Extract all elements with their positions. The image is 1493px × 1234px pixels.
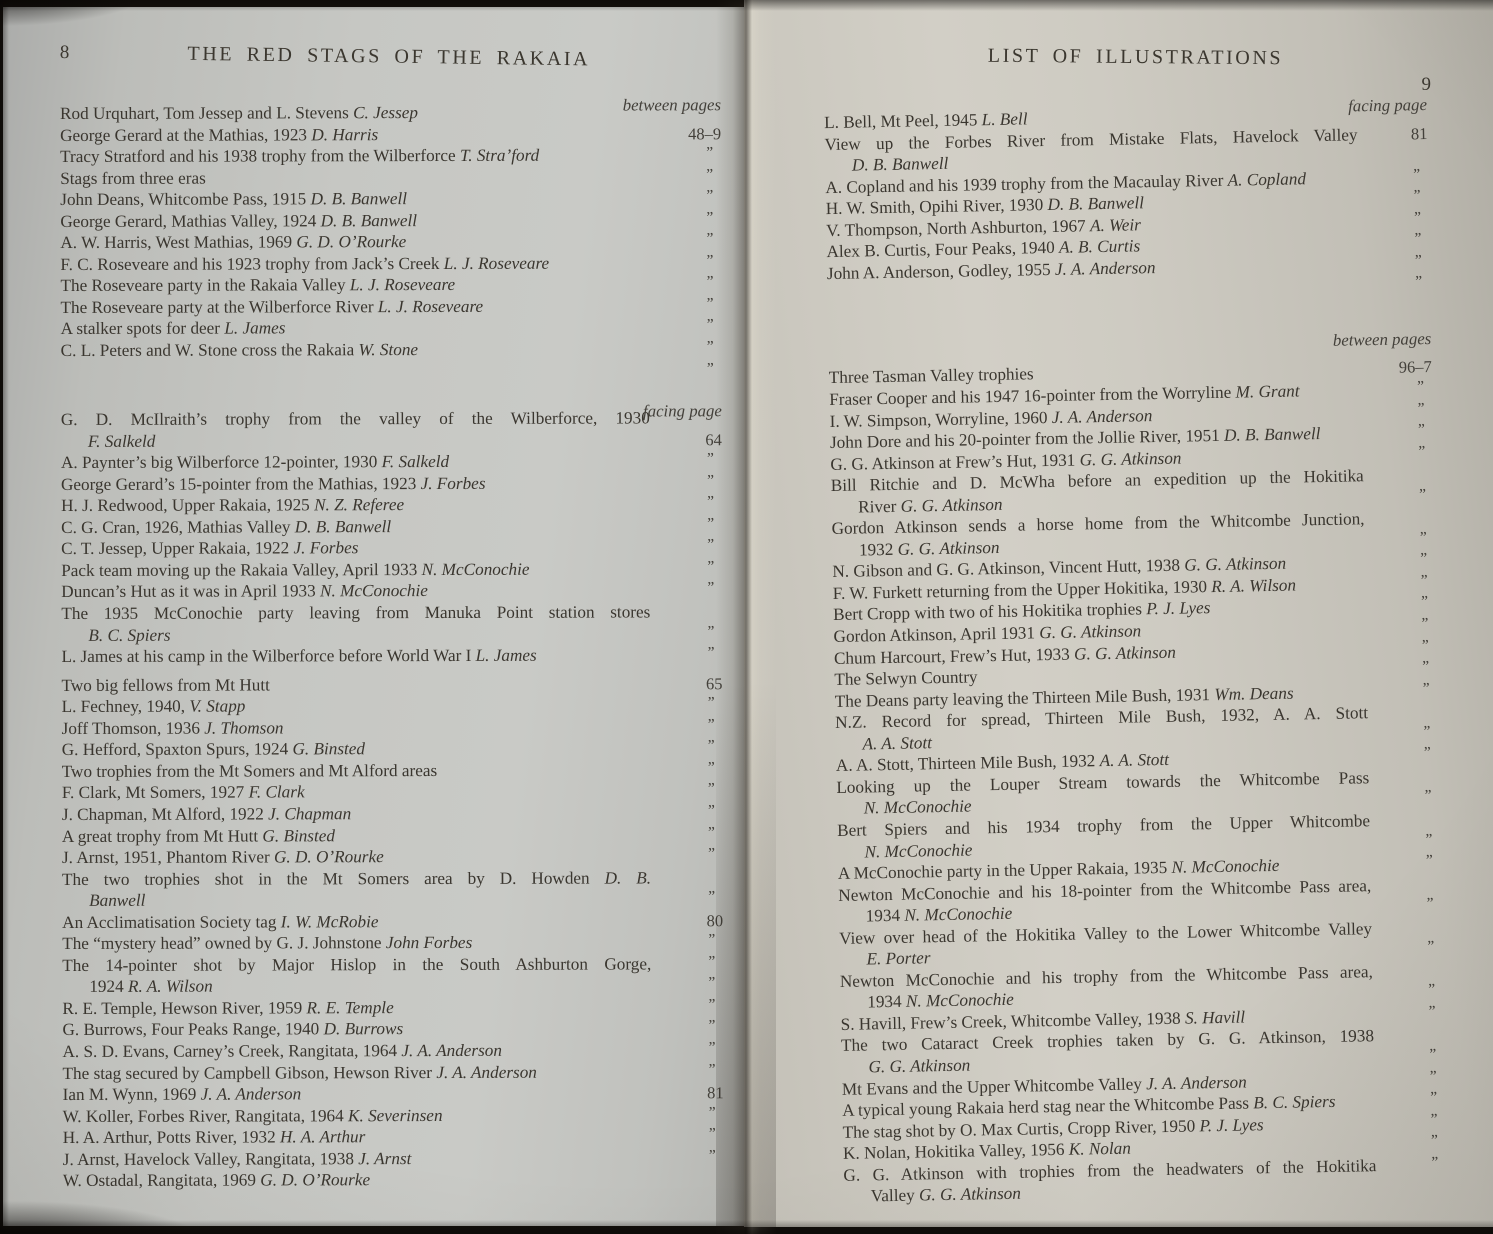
caption-text: The Roseveare party in the Rakaia Valley (60, 276, 349, 296)
ditto-mark: ” (708, 822, 716, 844)
ditto-mark: ” (708, 693, 716, 715)
photographer-credit: L. J. Roseveare (350, 275, 455, 294)
ditto-mark: ” (708, 757, 716, 779)
toc-entry: Pack team moving up the Rakaia Valley, A… (61, 558, 722, 581)
toc-line: C. G. Cran, 1926, Mathias Valley D. B. B… (61, 515, 722, 538)
caption-text: W. Koller, Forbes River, Rangitata, 1964 (63, 1106, 348, 1126)
photographer-credit: A. A. Stott (862, 733, 932, 753)
entry-text: R. E. Temple, Hewson River, 1959 R. E. T… (62, 998, 393, 1018)
photographer-credit: I. W. McRobie (281, 912, 379, 931)
toc-entry: The 14-pointer shot by Major Hislop in t… (62, 953, 723, 998)
photographer-credit: D. B. Banwell (311, 189, 407, 208)
ditto-mark: ” (707, 621, 715, 643)
toc-line: A. W. Harris, West Mathias, 1969 G. D. O… (60, 231, 721, 254)
entry-text: L. James at his camp in the Wilberforce … (61, 646, 536, 666)
caption-text: G. D. McIlraith’s trophy from the valley… (61, 409, 650, 430)
ditto-mark: ” (708, 886, 716, 908)
toc-entry: The 1935 McConochie party leaving from M… (61, 601, 722, 646)
toc-line: ” (61, 360, 722, 383)
caption-text: The two trophies shot in the Mt Somers a… (62, 868, 605, 888)
ditto-mark: ” (708, 843, 716, 865)
toc-line: Rod Urquhart, Tom Jessep and L. Stevens … (60, 101, 721, 124)
toc-entry: A. W. Harris, West Mathias, 1969 G. D. O… (60, 231, 721, 254)
ditto-mark: ” (1421, 592, 1429, 614)
photographer-credit: J. A. Anderson (1146, 1072, 1247, 1093)
ditto-mark: ” (1414, 207, 1422, 229)
photographer-credit: R. E. Temple (306, 998, 393, 1017)
photographer-credit: Wm. Deans (1214, 683, 1294, 703)
toc-group: between pagesThree Tasman Valley trophie… (828, 335, 1447, 1208)
book-photo: 8 THE RED STAGS OF THE RAKAIA Rod Urquha… (0, 0, 1493, 1234)
photographer-credit: F. Clark (249, 783, 305, 802)
toc-line: The Roseveare party in the Rakaia Valley… (60, 274, 721, 297)
photographer-credit: A. Copland (1228, 169, 1307, 189)
photographer-credit: B. C. Spiers (88, 625, 170, 644)
photographer-credit: John Forbes (386, 933, 472, 952)
caption-text: Valley (871, 1186, 920, 1206)
caption-text: 1934 (867, 992, 906, 1012)
toc-entry: G. D. McIlraith’s trophy from the valley… (61, 407, 722, 452)
page-ref: 96–7 (1399, 356, 1432, 378)
entry-text: 1934 N. McConochie (866, 904, 1013, 926)
toc-entry: A. S. D. Evans, Carney’s Creek, Rangitat… (62, 1039, 723, 1062)
entry-text: A. W. Harris, West Mathias, 1969 G. D. O… (60, 232, 406, 252)
entry-text: A. S. D. Evans, Carney’s Creek, Rangitat… (62, 1041, 502, 1061)
photographer-credit: D. B. Banwell (1047, 193, 1144, 214)
photographer-credit: N. McConochie (904, 904, 1012, 925)
toc-line: J. Arnst, Havelock Valley, Rangitata, 19… (63, 1147, 724, 1170)
ditto-mark: ” (1425, 829, 1433, 851)
photographer-credit: J. A. Anderson (436, 1062, 537, 1081)
entry-text: George Gerard’s 15-pointer from the Math… (61, 474, 486, 494)
entry-text: River G. G. Atkinson (858, 495, 1003, 517)
toc-entry: W. Ostadal, Rangitata, 1969 G. D. O’Rour… (63, 1169, 724, 1192)
toc-line: C. L. Peters and W. Stone cross the Raka… (61, 338, 722, 361)
photographer-credit: G. G. Atkinson (919, 1184, 1021, 1205)
toc-line: An Acclimatisation Society tag I. W. McR… (62, 910, 723, 933)
entry-text: Banwell (89, 891, 145, 910)
ditto-mark: ” (706, 207, 714, 229)
left-page-header: 8 THE RED STAGS OF THE RAKAIA (60, 41, 718, 73)
entry-text: John Deans, Whitcombe Pass, 1915 D. B. B… (60, 189, 407, 209)
toc-line: A great trophy from Mt Hutt G. Binsted” (62, 824, 723, 847)
caption-text: H. A. Arthur, Potts River, 1932 (63, 1128, 280, 1148)
toc-entry: H. A. Arthur, Potts River, 1932 H. A. Ar… (63, 1125, 724, 1148)
ditto-mark: ” (1430, 1087, 1438, 1109)
photographer-credit: L. J. Roseveare (378, 297, 483, 316)
page-ref: 81 (1411, 123, 1428, 145)
caption-text: An Acclimatisation Society tag (62, 912, 281, 932)
toc-line: Two trophies from the Mt Somers and Mt A… (62, 759, 723, 782)
toc-entry: F. C. Roseveare and his 1923 trophy from… (60, 252, 721, 275)
toc-line: F. C. Roseveare and his 1923 trophy from… (60, 252, 721, 275)
toc-entry: Ian M. Wynn, 1969 J. A. Anderson81 (63, 1082, 724, 1105)
photographer-credit: D. B. Banwell (295, 517, 391, 536)
toc-line: Tracy Stratford and his 1938 trophy from… (60, 144, 721, 167)
ditto-mark: ” (707, 578, 715, 600)
ditto-mark: ” (1421, 570, 1429, 592)
entry-text: A. A. Stott (862, 733, 932, 753)
entry-text: The two trophies shot in the Mt Somers a… (62, 868, 651, 889)
entry-text: 1932 G. G. Atkinson (859, 538, 1000, 560)
toc-entry: ” (61, 360, 722, 383)
photographer-credit: K. Severinsen (348, 1106, 443, 1125)
ditto-mark: ” (707, 470, 715, 492)
entry-text: Two trophies from the Mt Somers and Mt A… (62, 761, 437, 781)
toc-entry: Stags from three eras” (60, 166, 721, 189)
toc-line: J. Chapman, Mt Alford, 1922 J. Chapman” (62, 802, 723, 825)
photographer-credit: N. McConochie (906, 990, 1014, 1011)
ditto-mark: ” (1430, 1066, 1438, 1088)
ditto-mark: ” (708, 930, 716, 952)
right-page-rows: L. Bell, Mt Peel, 1945 L. Bellfacing pag… (824, 101, 1447, 1208)
facing-page-label: facing page (643, 400, 722, 422)
toc-entry: George Gerard at the Mathias, 1923 D. Ha… (60, 123, 721, 146)
left-page-number: 8 (60, 42, 70, 64)
caption-text: George Gerard at the Mathias, 1923 (60, 125, 311, 145)
photographer-credit: J. A. Anderson (401, 1041, 502, 1060)
ditto-mark: ” (709, 1016, 717, 1038)
ditto-mark: ” (707, 272, 715, 294)
ditto-mark: ” (1427, 936, 1435, 958)
toc-line: 1924 R. A. Wilson” (62, 975, 723, 998)
ditto-mark: ” (709, 1123, 717, 1145)
toc-entry: G. Hefford, Spaxton Spurs, 1924 G. Binst… (62, 738, 723, 761)
photographer-credit: Banwell (89, 891, 145, 910)
entry-text: Pack team moving up the Rakaia Valley, A… (61, 560, 529, 580)
entry-text: N. McConochie (864, 797, 972, 818)
entry-text: G. D. McIlraith’s trophy from the valley… (61, 409, 650, 430)
entry-text: C. L. Peters and W. Stone cross the Raka… (61, 340, 418, 360)
ditto-mark: ” (708, 800, 716, 822)
ditto-mark: ” (708, 714, 716, 736)
toc-line: C. T. Jessep, Upper Rakaia, 1922 J. Forb… (61, 537, 722, 560)
photographer-credit: D. B. Banwell (1224, 424, 1321, 445)
ditto-mark: ” (1421, 613, 1429, 635)
entry-text: A. Paynter’s big Wilberforce 12-pointer,… (61, 452, 449, 472)
entry-text: A stalker spots for deer L. James (61, 319, 286, 339)
caption-text: Rod Urquhart, Tom Jessep and L. Stevens (60, 103, 353, 123)
caption-text: Two big fellows from Mt Hutt (61, 675, 269, 695)
ditto-mark: ” (1430, 1109, 1438, 1131)
between-pages-label: between pages (623, 94, 721, 116)
photographer-credit: G. G. Atkinson (1039, 621, 1141, 642)
photographer-credit: B. C. Spiers (1253, 1092, 1335, 1113)
ditto-mark: ” (706, 185, 714, 207)
left-page-rows: Rod Urquhart, Tom Jessep and L. Stevens … (60, 101, 724, 1192)
ditto-mark: ” (1423, 721, 1431, 743)
caption-text: The stag secured by Campbell Gibson, Hew… (63, 1063, 437, 1083)
photographer-credit: G. G. Atkinson (868, 1056, 970, 1077)
ditto-mark: ” (1425, 785, 1433, 807)
toc-line: A. Paynter’s big Wilberforce 12-pointer,… (61, 450, 722, 473)
right-page: LIST OF ILLUSTRATIONS 9 L. Bell, Mt Peel… (744, 0, 1493, 1227)
photographer-credit: J. Forbes (421, 474, 486, 493)
toc-line: Joff Thomson, 1936 J. Thomson” (62, 716, 723, 739)
ditto-mark: ” (706, 229, 714, 251)
toc-entry: C. T. Jessep, Upper Rakaia, 1922 J. Forb… (61, 537, 722, 560)
photographer-credit: J. A. Anderson (1055, 258, 1156, 279)
photographer-credit: N. Z. Referee (314, 495, 404, 514)
caption-text: H. J. Redwood, Upper Rakaia, 1925 (61, 496, 314, 516)
caption-text: A. S. D. Evans, Carney’s Creek, Rangitat… (62, 1041, 401, 1061)
ditto-mark: ” (707, 535, 715, 557)
entry-text: J. Chapman, Mt Alford, 1922 J. Chapman (62, 804, 351, 824)
photographer-credit: S. Havill (1185, 1007, 1245, 1027)
toc-line: Pack team moving up the Rakaia Valley, A… (61, 558, 722, 581)
entry-text: Ian M. Wynn, 1969 J. A. Anderson (63, 1084, 302, 1104)
toc-line: George Gerard, Mathias Valley, 1924 D. B… (60, 209, 721, 232)
photographer-credit: M. Grant (1235, 381, 1299, 401)
photographer-credit: J. Chapman (268, 804, 351, 823)
ditto-mark: ” (708, 951, 716, 973)
caption-text: C. L. Peters and W. Stone cross the Raka… (61, 340, 359, 360)
caption-text: C. T. Jessep, Upper Rakaia, 1922 (61, 539, 293, 559)
toc-line: George Gerard’s 15-pointer from the Math… (61, 472, 722, 495)
photographer-credit: G. G. Atkinson (1074, 642, 1176, 663)
toc-entry: George Gerard’s 15-pointer from the Math… (61, 472, 722, 495)
toc-entry: R. E. Temple, Hewson River, 1959 R. E. T… (62, 996, 723, 1019)
ditto-mark: ” (709, 1102, 717, 1124)
ditto-mark: ” (1417, 398, 1425, 420)
toc-entry: George Gerard, Mathias Valley, 1924 D. B… (60, 209, 721, 232)
ditto-mark: ” (1431, 1152, 1439, 1174)
caption-text: I. W. Simpson, Worryline, 1960 (829, 408, 1052, 431)
toc-line: The two trophies shot in the Mt Somers a… (62, 867, 723, 890)
entry-text: F. C. Roseveare and his 1923 trophy from… (60, 254, 549, 274)
caption-text: The 14-pointer shot by Major Hislop in t… (62, 954, 651, 975)
ditto-mark: ” (1429, 1044, 1437, 1066)
toc-entry: Two trophies from the Mt Somers and Mt A… (62, 759, 723, 782)
toc-line: L. James at his camp in the Wilberforce … (61, 644, 722, 667)
toc-entry: C. G. Cran, 1926, Mathias Valley D. B. B… (61, 515, 722, 538)
ditto-mark: ” (707, 492, 715, 514)
entry-text: The stag secured by Campbell Gibson, Hew… (63, 1062, 537, 1082)
ditto-mark: ” (1414, 185, 1422, 207)
ditto-mark: ” (707, 448, 715, 470)
photographer-credit: G. Binsted (262, 826, 335, 845)
caption-text: The 1935 McConochie party leaving from M… (61, 602, 650, 623)
caption-text: Three Tasman Valley trophies (829, 365, 1034, 388)
caption-text: L. Bell, Mt Peel, 1945 (824, 110, 982, 132)
toc-entry: An Acclimatisation Society tag I. W. McR… (62, 910, 723, 933)
ditto-mark: ” (1423, 678, 1431, 700)
toc-entry: Duncan’s Hut as it was in April 1933 N. … (61, 580, 722, 603)
caption-text: G. Hefford, Spaxton Spurs, 1924 (62, 740, 293, 760)
entry-text: The 14-pointer shot by Major Hislop in t… (62, 954, 651, 975)
caption-text: 1924 (89, 977, 128, 996)
toc-entry: J. Arnst, Havelock Valley, Rangitata, 19… (63, 1147, 724, 1170)
toc-line: The stag secured by Campbell Gibson, Hew… (63, 1061, 724, 1084)
entry-text: G. Hefford, Spaxton Spurs, 1924 G. Binst… (62, 740, 365, 760)
photographer-credit: N. McConochie (1171, 856, 1279, 877)
toc-line: G. D. McIlraith’s trophy from the valley… (61, 407, 722, 430)
caption-text: George Gerard’s 15-pointer from the Math… (61, 474, 421, 494)
left-page: 8 THE RED STAGS OF THE RAKAIA Rod Urquha… (3, 7, 744, 1226)
toc-line: Stags from three eras” (60, 166, 721, 189)
photographer-credit: T. Stra’ford (460, 146, 539, 165)
caption-text: The Roseveare party at the Wilberforce R… (61, 297, 378, 317)
photographer-credit: J. A. Anderson (1052, 406, 1153, 427)
photographer-credit: H. A. Arthur (280, 1127, 365, 1146)
caption-text: H. W. Smith, Opihi River, 1930 (826, 195, 1048, 218)
entry-text: C. T. Jessep, Upper Rakaia, 1922 J. Forb… (61, 539, 358, 559)
ditto-mark: ” (1413, 164, 1421, 186)
caption-text: F. Clark, Mt Somers, 1927 (62, 783, 249, 802)
entry-text: 1934 N. McConochie (867, 990, 1014, 1012)
photographer-credit: F. Salkeld (382, 452, 450, 471)
photographer-credit: G. D. O’Rourke (296, 232, 406, 251)
toc-line: A stalker spots for deer L. James” (61, 317, 722, 340)
ditto-mark: ” (708, 994, 716, 1016)
photographer-credit: G. G. Atkinson (1079, 448, 1181, 469)
toc-entry: J. Arnst, 1951, Phantom River G. D. O’Ro… (62, 845, 723, 868)
photographer-credit: W. Stone (358, 340, 418, 359)
caption-text: G. G. Atkinson at Frew’s Hut, 1931 (830, 450, 1080, 474)
entry-text: Joff Thomson, 1936 J. Thomson (62, 718, 284, 738)
ditto-mark: ” (1415, 272, 1423, 294)
photographer-credit: J. A. Anderson (201, 1084, 302, 1103)
toc-line: L. Fechney, 1940, V. Stapp” (62, 694, 723, 717)
toc-entry: Two big fellows from Mt Hutt65 (61, 673, 722, 696)
entry-text: H. J. Redwood, Upper Rakaia, 1925 N. Z. … (61, 495, 404, 515)
caption-text: F. C. Roseveare and his 1923 trophy from… (60, 254, 443, 274)
toc-entry: Tracy Stratford and his 1938 trophy from… (60, 144, 721, 167)
entry-text: Rod Urquhart, Tom Jessep and L. Stevens … (60, 103, 418, 123)
ditto-mark: ” (707, 513, 715, 535)
toc-entry: G. Burrows, Four Peaks Range, 1940 D. Bu… (62, 1018, 723, 1041)
toc-line: A. S. D. Evans, Carney’s Creek, Rangitat… (62, 1039, 723, 1062)
photographer-credit: G. Binsted (292, 740, 365, 759)
toc-line: The “mystery head” owned by G. J. Johnst… (62, 932, 723, 955)
left-running-title: THE RED STAGS OF THE RAKAIA (60, 41, 718, 73)
ditto-mark: ” (706, 142, 714, 164)
toc-entry: W. Koller, Forbes River, Rangitata, 1964… (63, 1104, 724, 1127)
ditto-mark: ” (708, 736, 716, 758)
photographer-credit: J. Thomson (204, 718, 283, 737)
ditto-mark: ” (708, 779, 716, 801)
ditto-mark: ” (1415, 250, 1423, 272)
caption-text: L. James at his camp in the Wilberforce … (61, 646, 475, 666)
caption-text: W. Ostadal, Rangitata, 1969 (63, 1171, 261, 1191)
entry-text: Stags from three eras (60, 168, 206, 187)
entry-text: J. Arnst, Havelock Valley, Rangitata, 19… (63, 1149, 412, 1169)
entry-text: A great trophy from Mt Hutt G. Binsted (62, 826, 335, 846)
toc-entry: F. Clark, Mt Somers, 1927 F. Clark” (62, 781, 723, 804)
caption-text: Chum Harcourt, Frew’s Hut, 1933 (834, 644, 1074, 667)
toc-line: John Deans, Whitcombe Pass, 1915 D. B. B… (60, 187, 721, 210)
toc-entry: A great trophy from Mt Hutt G. Binsted” (62, 824, 723, 847)
entry-text: George Gerard at the Mathias, 1923 D. Ha… (60, 125, 378, 145)
caption-text: A. Paynter’s big Wilberforce 12-pointer,… (61, 452, 382, 472)
photographer-credit: G. D. O’Rourke (260, 1170, 370, 1189)
ditto-mark: ” (709, 1059, 717, 1081)
entry-text: Valley G. G. Atkinson (871, 1184, 1021, 1206)
right-page-header: LIST OF ILLUSTRATIONS (834, 46, 1437, 69)
toc-entry: The Roseveare party in the Rakaia Valley… (60, 274, 721, 297)
toc-entry: Rod Urquhart, Tom Jessep and L. Stevens … (60, 101, 721, 124)
toc-entry: The two trophies shot in the Mt Somers a… (62, 867, 723, 912)
page-ref: 81 (707, 1082, 724, 1104)
photographer-credit: G. G. Atkinson (1184, 554, 1286, 575)
photographer-credit: J. Forbes (293, 539, 358, 558)
toc-line: H. J. Redwood, Upper Rakaia, 1925 N. Z. … (61, 494, 722, 517)
caption-text: 1932 (859, 540, 898, 560)
toc-line: The 1935 McConochie party leaving from M… (61, 601, 722, 624)
caption-text: Tracy Stratford and his 1938 trophy from… (60, 146, 460, 166)
photographer-credit: L. James (224, 319, 285, 338)
toc-line: George Gerard at the Mathias, 1923 D. Ha… (60, 123, 721, 146)
caption-text: Stags from three eras (60, 168, 206, 187)
entry-text: L. Fechney, 1940, V. Stapp (62, 697, 246, 716)
caption-text: J. Arnst, Havelock Valley, Rangitata, 19… (63, 1149, 359, 1169)
caption-text: L. Fechney, 1940, (62, 697, 190, 716)
entry-text: D. B. Banwell (852, 154, 949, 175)
toc-line: W. Koller, Forbes River, Rangitata, 1964… (63, 1104, 724, 1127)
photographer-credit: F. Salkeld (88, 431, 156, 450)
caption-text: C. G. Cran, 1926, Mathias Valley (61, 517, 295, 537)
toc-line: Duncan’s Hut as it was in April 1933 N. … (61, 580, 722, 603)
photographer-credit: L. Bell (981, 109, 1027, 129)
entry-text: Tracy Stratford and his 1938 trophy from… (60, 146, 539, 166)
page-ref: 48–9 (688, 123, 721, 145)
ditto-mark: ” (708, 973, 716, 995)
entry-text: L. Bell, Mt Peel, 1945 L. Bell (824, 109, 1028, 132)
toc-group: G. D. McIlraith’s trophy from the valley… (61, 407, 723, 667)
ditto-mark: ” (707, 358, 715, 380)
toc-group: Two big fellows from Mt Hutt65L. Fechney… (61, 673, 723, 1192)
toc-entry: L. Fechney, 1940, V. Stapp” (62, 694, 723, 717)
photographer-credit: R. A. Wilson (1211, 575, 1296, 596)
entry-text: The Selwyn Country (834, 667, 978, 689)
toc-entry: C. L. Peters and W. Stone cross the Raka… (61, 338, 722, 361)
caption-text: Gordon Atkinson, April 1931 (833, 623, 1039, 646)
caption-text: George Gerard, Mathias Valley, 1924 (60, 211, 320, 231)
toc-line: J. Arnst, 1951, Phantom River G. D. O’Ro… (62, 845, 723, 868)
toc-entry: J. Chapman, Mt Alford, 1922 J. Chapman” (62, 802, 723, 825)
toc-entry: A stalker spots for deer L. James” (61, 317, 722, 340)
ditto-mark: ” (1420, 527, 1428, 549)
entry-text: G. G. Atkinson (868, 1056, 970, 1077)
entry-text: An Acclimatisation Society tag I. W. McR… (62, 912, 378, 932)
caption-text: Two trophies from the Mt Somers and Mt A… (62, 761, 437, 781)
ditto-mark: ” (1426, 893, 1434, 915)
toc-entry: Joff Thomson, 1936 J. Thomson” (62, 716, 723, 739)
photographer-credit: R. A. Wilson (128, 977, 213, 996)
photographer-credit: A. A. Stott (1099, 750, 1169, 770)
toc-entry: H. J. Redwood, Upper Rakaia, 1925 N. Z. … (61, 494, 722, 517)
caption-text: A great trophy from Mt Hutt (62, 826, 263, 846)
entry-text: W. Ostadal, Rangitata, 1969 G. D. O’Rour… (63, 1170, 370, 1190)
photographer-credit: D. B. Banwell (852, 154, 949, 175)
toc-group: Rod Urquhart, Tom Jessep and L. Stevens … (60, 101, 722, 383)
photographer-credit: G. D. O’Rourke (274, 847, 384, 866)
toc-line: Banwell” (62, 888, 723, 911)
caption-text: John Deans, Whitcombe Pass, 1915 (60, 190, 310, 210)
entry-text: C. G. Cran, 1926, Mathias Valley D. B. B… (61, 517, 391, 537)
photographer-credit: N. McConochie (864, 840, 972, 861)
photographer-credit: C. Jessep (353, 103, 418, 122)
ditto-mark: ” (1431, 1130, 1439, 1152)
toc-line: Ian M. Wynn, 1969 J. A. Anderson81 (63, 1082, 724, 1105)
entry-text: G. Burrows, Four Peaks Range, 1940 D. Bu… (62, 1020, 403, 1040)
entry-text: Three Tasman Valley trophies (829, 365, 1034, 388)
entry-text: Two big fellows from Mt Hutt (61, 675, 269, 695)
ditto-mark: ” (709, 1145, 717, 1167)
ditto-mark: ” (707, 336, 715, 358)
photographer-credit: N. McConochie (320, 582, 428, 601)
caption-text: The “mystery head” owned by G. J. Johnst… (62, 933, 386, 953)
